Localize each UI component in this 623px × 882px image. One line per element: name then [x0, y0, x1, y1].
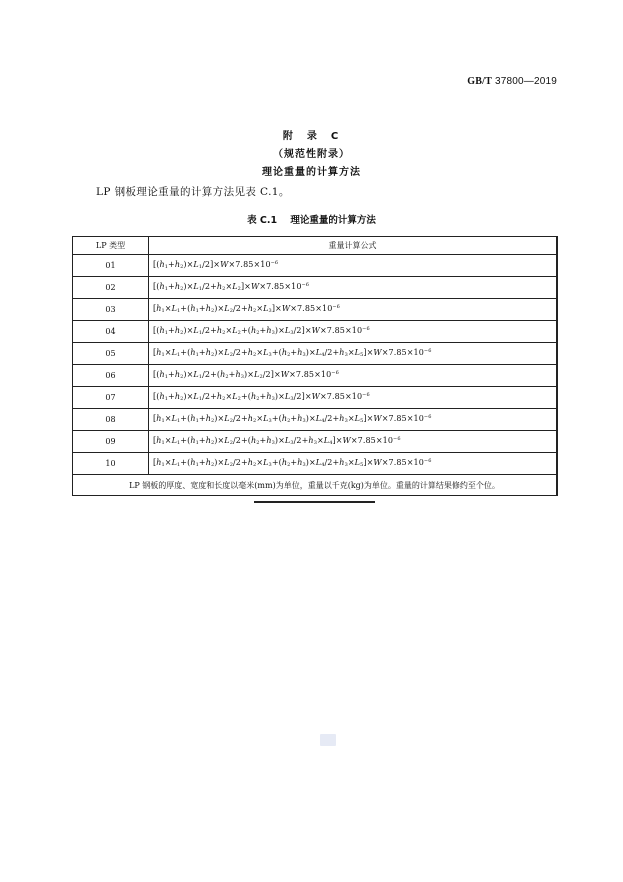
end-of-document-rule [254, 501, 375, 503]
header-formula: 重量计算公式 [149, 237, 558, 255]
formula-cell: [(h1+h2)×L1/2+h2×L2]×W×7.85×10−6 [149, 277, 558, 299]
standard-number: 37800—2019 [495, 76, 557, 87]
lp-type-cell: 05 [73, 343, 149, 365]
table-note-row: LP 钢板的厚度、宽度和长度以毫米(mm)为单位，重量以千克(kg)为单位。重量… [73, 475, 558, 496]
table-note: LP 钢板的厚度、宽度和长度以毫米(mm)为单位，重量以千克(kg)为单位。重量… [73, 475, 558, 496]
lp-type-cell: 03 [73, 299, 149, 321]
appendix-subtitle: （规范性附录） [0, 145, 623, 160]
lp-type-cell: 08 [73, 409, 149, 431]
table-row: 01[(h1+h2)×L1/2]×W×7.85×10−6 [73, 255, 558, 277]
appendix-title: 附 录 C [0, 127, 623, 142]
table-row: 04[(h1+h2)×L1/2+h2×L2+(h2+h3)×L3/2]×W×7.… [73, 321, 558, 343]
table-caption-title: 理论重量的计算方法 [290, 215, 376, 226]
table-row: 07[(h1+h2)×L1/2+h2×L2+(h2+h3)×L3/2]×W×7.… [73, 387, 558, 409]
appendix-heading: 理论重量的计算方法 [0, 163, 623, 178]
formula-cell: [h1×L1+(h1+h2)×L2/2+h2×L3+(h2+h3)×L4/2+h… [149, 343, 558, 365]
table-row: 05[h1×L1+(h1+h2)×L2/2+h2×L3+(h2+h3)×L4/2… [73, 343, 558, 365]
table-row: 09[h1×L1+(h1+h2)×L2/2+(h2+h3)×L3/2+h3×L4… [73, 431, 558, 453]
table-row: 02[(h1+h2)×L1/2+h2×L2]×W×7.85×10−6 [73, 277, 558, 299]
standard-prefix: GB/T [467, 76, 492, 87]
formula-cell: [(h1+h2)×L1/2+h2×L2+(h2+h3)×L3/2]×W×7.85… [149, 387, 558, 409]
lp-type-cell: 07 [73, 387, 149, 409]
watermark-logo [320, 734, 336, 746]
table-header-row: LP 类型 重量计算公式 [73, 237, 558, 255]
lp-type-cell: 01 [73, 255, 149, 277]
formula-cell: [h1×L1+(h1+h2)×L2/2+h2×L3]×W×7.85×10−6 [149, 299, 558, 321]
formula-cell: [h1×L1+(h1+h2)×L2/2+h2×L3+(h2+h3)×L4/2+h… [149, 453, 558, 475]
table-caption: 表 C.1 理论重量的计算方法 [0, 212, 623, 226]
formula-cell: [(h1+h2)×L1/2+(h2+h3)×L2/2]×W×7.85×10−6 [149, 365, 558, 387]
table-row: 10[h1×L1+(h1+h2)×L2/2+h2×L3+(h2+h3)×L4/2… [73, 453, 558, 475]
lp-type-cell: 04 [73, 321, 149, 343]
table-row: 08[h1×L1+(h1+h2)×L2/2+h2×L3+(h2+h3)×L4/2… [73, 409, 558, 431]
lp-type-cell: 06 [73, 365, 149, 387]
lp-type-cell: 02 [73, 277, 149, 299]
lp-type-cell: 10 [73, 453, 149, 475]
table-row: 06[(h1+h2)×L1/2+(h2+h3)×L2/2]×W×7.85×10−… [73, 365, 558, 387]
table-row: 03[h1×L1+(h1+h2)×L2/2+h2×L3]×W×7.85×10−6 [73, 299, 558, 321]
standard-code: GB/T 37800—2019 [467, 76, 557, 87]
lp-type-cell: 09 [73, 431, 149, 453]
header-lp-type: LP 类型 [73, 237, 149, 255]
intro-paragraph: LP 钢板理论重量的计算方法见表 C.1。 [96, 184, 290, 199]
table-caption-number: 表 C.1 [247, 215, 277, 226]
formula-cell: [h1×L1+(h1+h2)×L2/2+(h2+h3)×L3/2+h3×L4]×… [149, 431, 558, 453]
formula-cell: [h1×L1+(h1+h2)×L2/2+h2×L3+(h2+h3)×L4/2+h… [149, 409, 558, 431]
formula-cell: [(h1+h2)×L1/2+h2×L2+(h2+h3)×L3/2]×W×7.85… [149, 321, 558, 343]
formula-cell: [(h1+h2)×L1/2]×W×7.85×10−6 [149, 255, 558, 277]
weight-formula-table: LP 类型 重量计算公式 01[(h1+h2)×L1/2]×W×7.85×10−… [72, 236, 558, 496]
